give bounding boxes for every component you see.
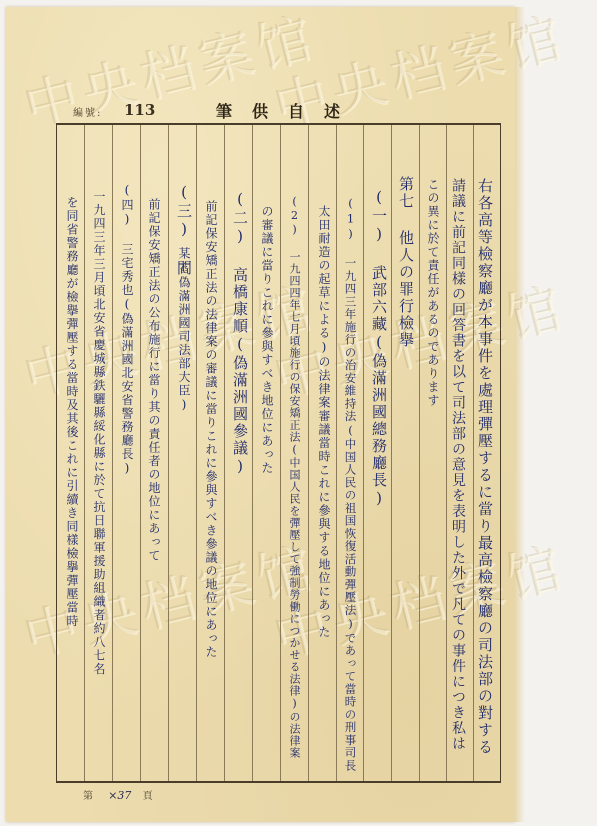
footer-suffix: 頁: [143, 791, 153, 802]
serial-number: 113: [124, 101, 155, 119]
text-column: (2) 一九四四年七月頃施行の保安矯正法(中国人民を彈壓して強制勞働につかせる法…: [289, 195, 300, 759]
title-char: 筆: [216, 99, 232, 122]
footer-prefix: 第: [83, 791, 93, 802]
column-rule: [196, 125, 197, 781]
column-rule: [140, 125, 141, 781]
document-title: 筆 供 自 述: [216, 99, 340, 122]
column-rule: [84, 125, 85, 781]
column-rule: [419, 125, 420, 781]
column-rule: [446, 125, 447, 781]
column-rule: [224, 125, 225, 781]
column-rule: [391, 125, 392, 781]
page-edge: [515, 7, 525, 822]
text-column: この異に於て責任があるのであります: [427, 178, 439, 408]
column-rule: [336, 125, 337, 781]
text-column: 請議に前記同樣の回答書を以て司法部の意見を表明した外で凡ての事件につき私は: [451, 178, 465, 752]
text-column: 某(偽滿洲國司法部大臣): [178, 247, 190, 413]
text-column: 前記保安矯正法の法律案の審議に當りこれに參與すべき參議の地位にあった: [205, 200, 217, 659]
text-column: (二) 高橋康順(偽滿洲國參議): [232, 190, 247, 477]
column-rule: [363, 125, 364, 781]
column-rule: [168, 125, 169, 781]
text-column: (四) 三宅秀也(偽滿洲國北安省警務廳長): [121, 183, 133, 477]
title-char: 供: [252, 99, 268, 122]
text-column: 前記保安矯正法の公布施行に當り其の責任者の地位にあって: [148, 198, 160, 563]
column-rule: [112, 125, 113, 781]
text-column: を同省警務廳が檢擧彈壓する當時及其後これに引續き同樣檢擧彈壓當時: [66, 196, 78, 628]
title-char: 自: [288, 99, 304, 122]
text-column: (1) 一九四三年施行の治安維持法(中国人民の祖国恢復活動彈壓法)であって當時の…: [344, 196, 356, 772]
text-column: 右各高等檢察廳が本事件を處理彈壓するに當り最高檢察廳の司法部の對する: [477, 178, 492, 756]
text-column: (一) 武部六藏(偽滿洲國總務廳長): [371, 188, 386, 509]
title-char: 述: [324, 99, 340, 122]
page-footer: 第 ×37 頁: [83, 787, 153, 802]
column-rule: [308, 125, 309, 781]
text-column: 一九四三年三月頃北安省慶城縣鉄驪縣綏化縣に於て抗日聯軍援助組織者約八七名: [93, 190, 105, 676]
column-rule: [280, 125, 281, 781]
text-column: の審議に當りこれに參與すべき地位にあった: [261, 205, 273, 475]
column-rule: [252, 125, 253, 781]
page-number: ×37: [108, 789, 131, 802]
section-heading: 第七 他人の罪行檢擧: [398, 176, 413, 349]
text-column: 太田耐造の起草による)の法律案審議當時これに參與する地位にあった: [318, 205, 330, 639]
column-rule: [473, 125, 474, 781]
serial-label: 編號:: [73, 104, 102, 119]
